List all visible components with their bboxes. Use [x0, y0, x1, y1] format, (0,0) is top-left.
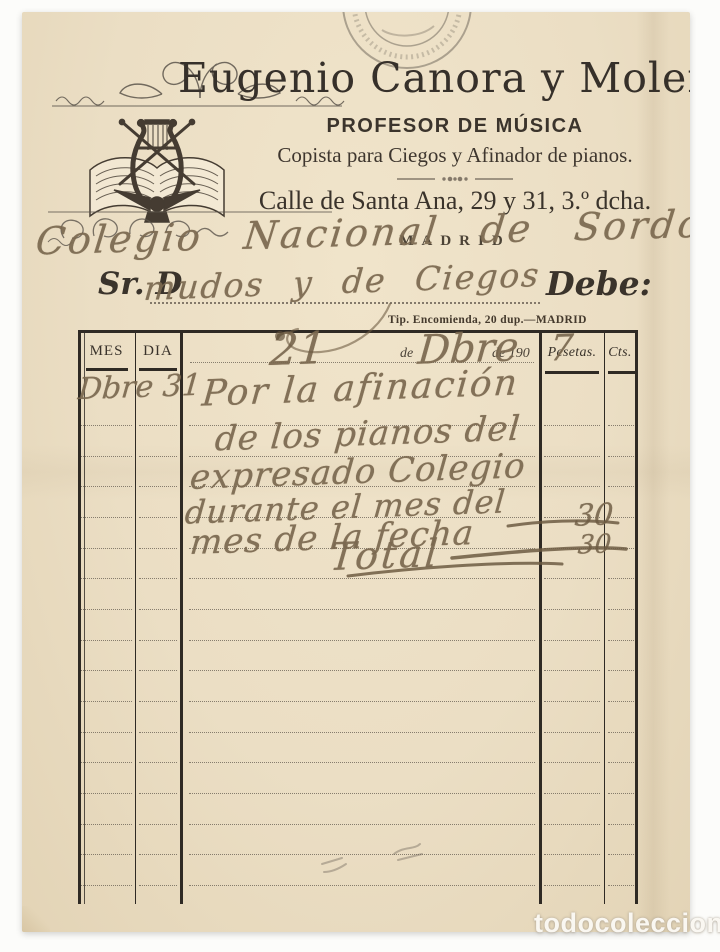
watermark: todocoleccion [534, 908, 720, 939]
paper-corner-fold [22, 906, 50, 932]
invoice-paper: Eugenio Canora y Molero PROFESOR DE MÚSI… [22, 12, 690, 932]
hand-strokes [22, 12, 690, 932]
